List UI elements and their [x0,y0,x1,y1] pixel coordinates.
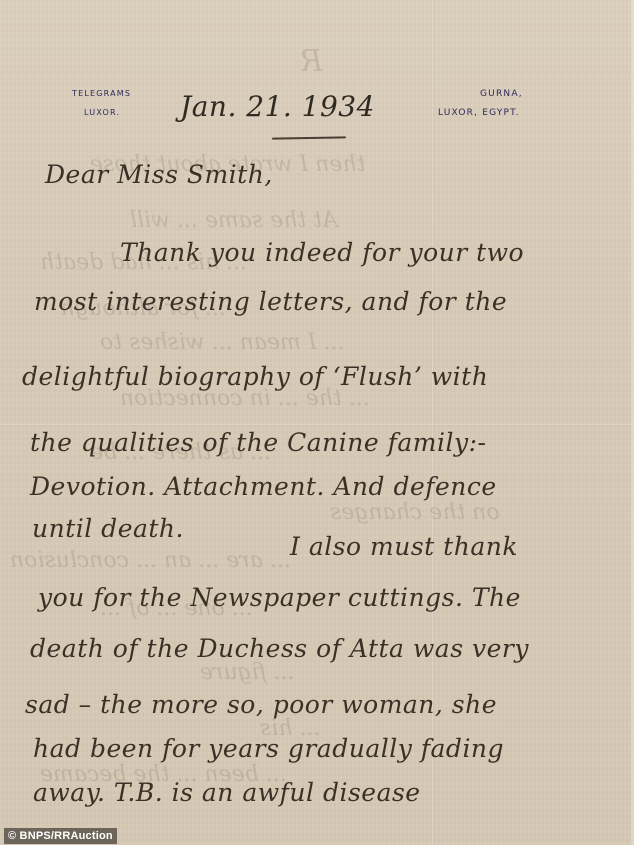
letterhead-telegrams: TELEGRAMS [72,89,131,98]
date-underline [272,136,346,139]
photo-credit: © BNPS/RRAuction [4,828,117,844]
show-through-line: ... are ... an ... conclusion [10,548,291,573]
show-through-line: on the changes [330,500,500,525]
letter-line: most interesting letters, and for the [34,287,507,316]
letterhead-address: LUXOR, EGYPT. [438,108,520,118]
letter-line: delightful biography of ‘Flush’ with [22,362,488,391]
letter-line: the qualities of the Canine family:- [30,428,486,457]
letter-date: Jan. 21. 1934 [180,90,375,123]
show-through-line: ... I mean ... wishes to [100,330,345,355]
letter-line: away. T.B. is an awful disease [33,778,421,807]
horizontal-fold-line [0,424,634,426]
letter-page: R then I wrote about those At the same .… [0,0,634,845]
letter-line: Devotion. Attachment. And defence [30,472,497,501]
letter-line: Thank you indeed for your two [120,238,524,267]
letterhead-telegrams-address: LUXOR. [84,108,120,117]
letter-line: had been for years gradually fading [33,734,504,763]
salutation: Dear Miss Smith, [45,160,273,189]
letter-line: you for the Newspaper cuttings. The [38,583,521,612]
letter-line: death of the Duchess of Atta was very [30,634,529,663]
show-through-mark: R [300,44,323,79]
letter-line: until death. [32,514,184,543]
letterhead-location: GURNA, [480,89,523,99]
show-through-line: ... figure [200,660,294,685]
letter-line: I also must thank [290,532,518,561]
letter-line: sad – the more so, poor woman, she [25,690,497,719]
show-through-line: At the same ... will [130,208,338,233]
